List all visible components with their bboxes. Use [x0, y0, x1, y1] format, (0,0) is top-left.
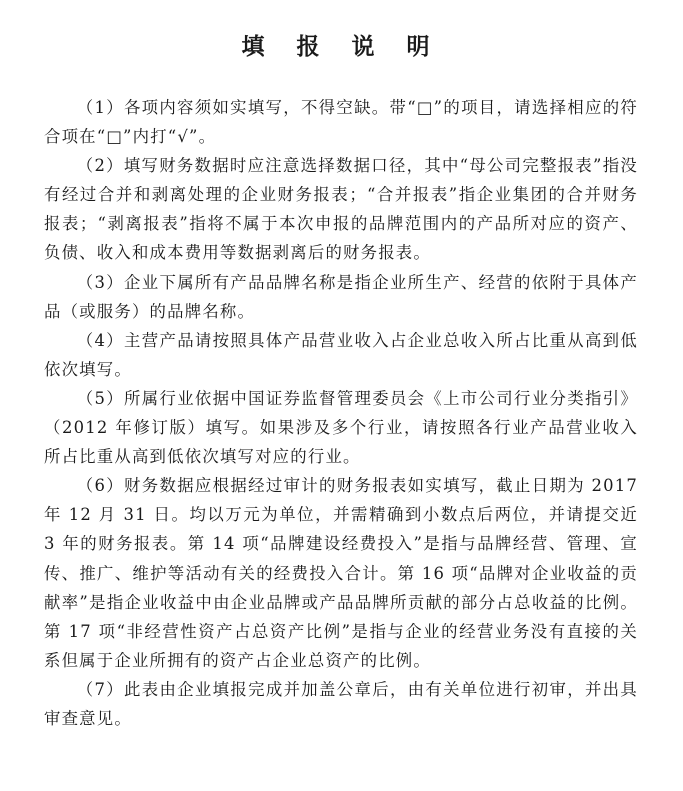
page-title: 填 报 说 明	[0, 30, 683, 64]
instruction-paragraph-3: （3）企业下属所有产品品牌名称是指企业所生产、经营的依附于具体产品（或服务）的品…	[44, 268, 638, 326]
instruction-paragraph-6: （6）财务数据应根据经过审计的财务报表如实填写，截止日期为 2017 年 12 …	[44, 471, 638, 675]
instruction-paragraph-1: （1）各项内容须如实填写，不得空缺。带“□”的项目，请选择相应的符合项在“□”内…	[44, 93, 638, 151]
instruction-paragraph-2: （2）填写财务数据时应注意选择数据口径，其中“母公司完整报表”指没有经过合并和剥…	[44, 151, 638, 267]
instruction-paragraph-5: （5）所属行业依据中国证券监督管理委员会《上市公司行业分类指引》（2012 年修…	[44, 384, 638, 471]
instructions-body: （1）各项内容须如实填写，不得空缺。带“□”的项目，请选择相应的符合项在“□”内…	[44, 93, 638, 733]
document-page: 填 报 说 明 （1）各项内容须如实填写，不得空缺。带“□”的项目，请选择相应的…	[0, 0, 683, 791]
instruction-paragraph-7: （7）此表由企业填报完成并加盖公章后，由有关单位进行初审，并出具审查意见。	[44, 675, 638, 733]
instruction-paragraph-4: （4）主营产品请按照具体产品营业收入占企业总收入所占比重从高到低依次填写。	[44, 326, 638, 384]
